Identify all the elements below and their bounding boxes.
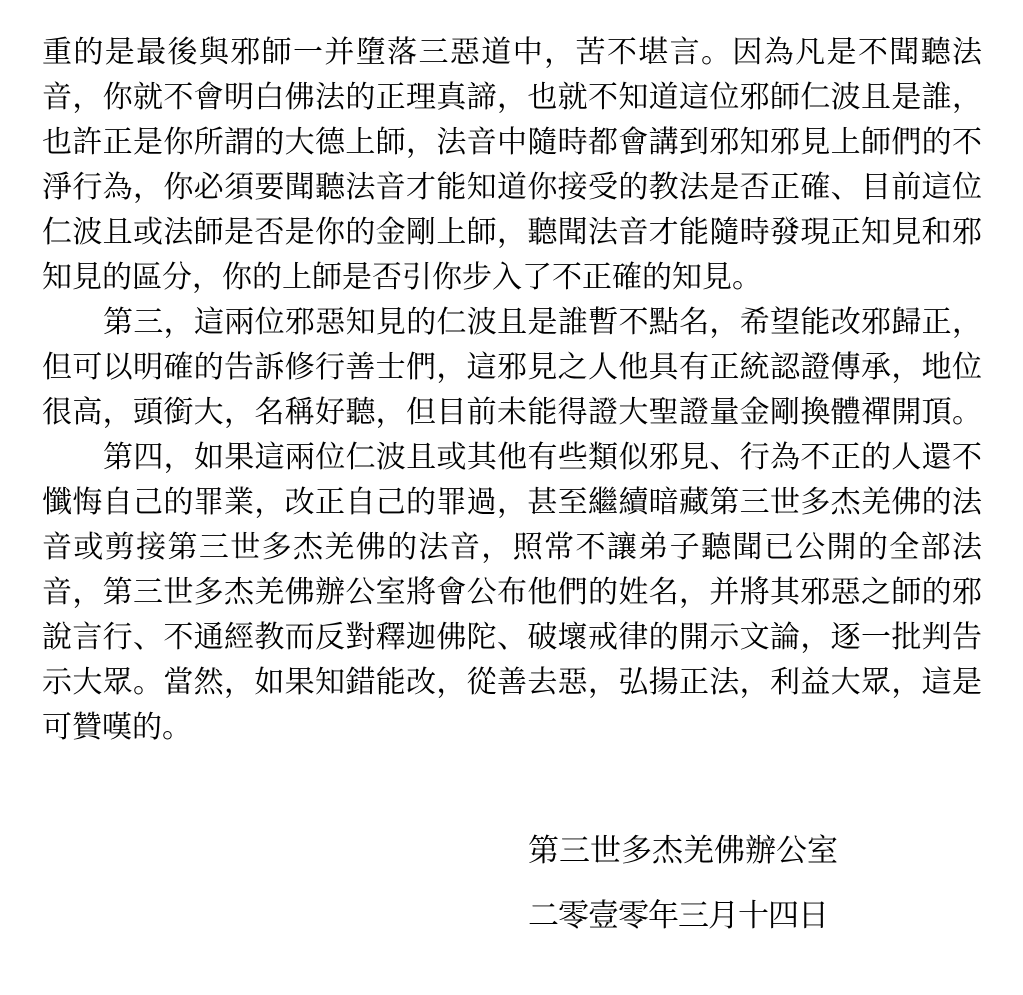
text-line: 但可以明確的告訴修行善士們，這邪見之人他具有正統認證傳承，地位 — [42, 345, 982, 390]
text-line: 很高，頭銜大，名稱好聽，但目前未能得證大聖證量金剛換體禪開頂。 — [42, 390, 982, 435]
text-line: 音，你就不會明白佛法的正理真諦，也就不知道這位邪師仁波且是誰， — [42, 75, 982, 120]
text-line: 可贊嘆的。 — [42, 705, 982, 750]
document-page: 重的是最後與邪師一并墮落三惡道中，苦不堪言。因為凡是不聞聽法音，你就不會明白佛法… — [0, 0, 1023, 995]
text-line: 說言行、不通經教而反對釋迦佛陀、破壞戒律的開示文論，逐一批判告 — [42, 615, 982, 660]
text-line: 音，第三世多杰羌佛辦公室將會公布他們的姓名，并將其邪惡之師的邪 — [42, 570, 982, 615]
text-line: 示大眾。當然，如果知錯能改，從善去惡，弘揚正法，利益大眾，這是 — [42, 660, 982, 705]
date-line: 二零壹零年三月十四日 — [42, 893, 982, 938]
text-line: 也許正是你所謂的大德上師，法音中隨時都會講到邪知邪見上師們的不 — [42, 120, 982, 165]
text-line: 仁波且或法師是否是你的金剛上師，聽聞法音才能隨時發現正知見和邪 — [42, 210, 982, 255]
text-line: 第四，如果這兩位仁波且或其他有些類似邪見、行為不正的人還不 — [42, 435, 982, 480]
text-line: 重的是最後與邪師一并墮落三惡道中，苦不堪言。因為凡是不聞聽法 — [42, 30, 982, 75]
text-line: 第三，這兩位邪惡知見的仁波且是誰暫不點名，希望能改邪歸正， — [42, 300, 982, 345]
text-line: 淨行為，你必須要聞聽法音才能知道你接受的教法是否正確、目前這位 — [42, 165, 982, 210]
text-line: 知見的區分，你的上師是否引你步入了不正確的知見。 — [42, 255, 982, 300]
text-line: 懺悔自己的罪業，改正自己的罪過，甚至繼續暗藏第三世多杰羌佛的法 — [42, 480, 982, 525]
signature-block: 第三世多杰羌佛辦公室 二零壹零年三月十四日 — [42, 828, 982, 938]
signature-line: 第三世多杰羌佛辦公室 — [42, 828, 982, 873]
document-body: 重的是最後與邪師一并墮落三惡道中，苦不堪言。因為凡是不聞聽法音，你就不會明白佛法… — [42, 30, 982, 750]
text-line: 音或剪接第三世多杰羌佛的法音，照常不讓弟子聽聞已公開的全部法 — [42, 525, 982, 570]
